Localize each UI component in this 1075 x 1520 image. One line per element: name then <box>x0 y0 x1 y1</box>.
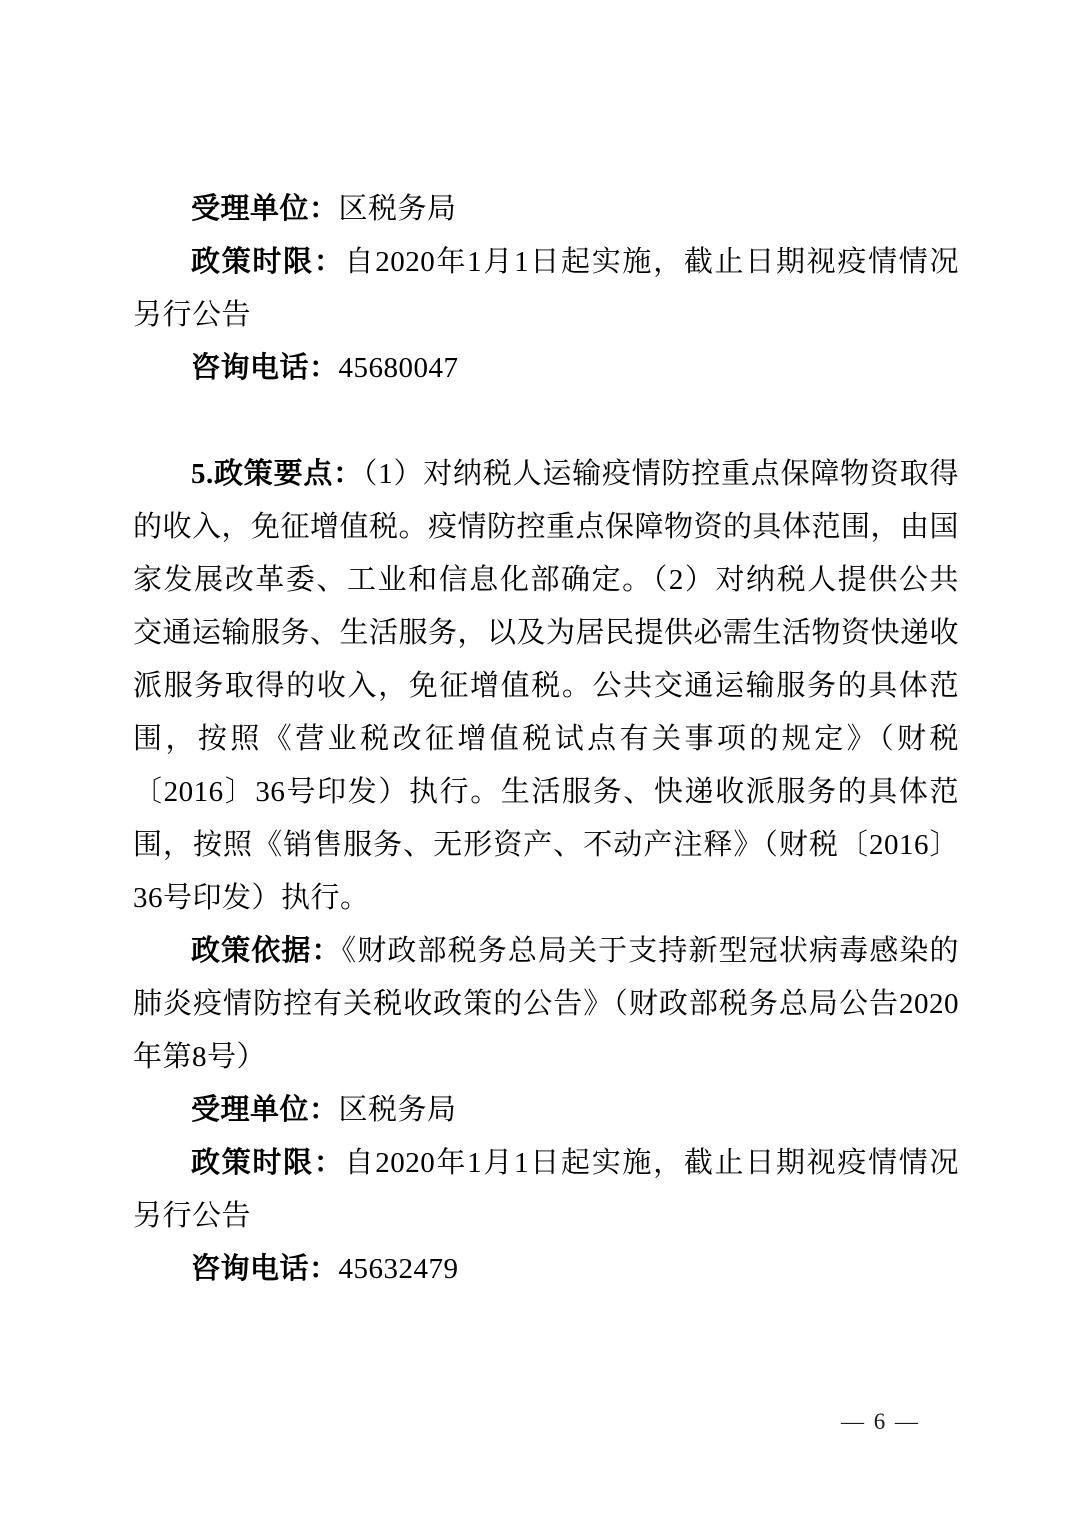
field-label: 政策时限： <box>191 1147 345 1179</box>
paragraph-policy-basis: 政策依据：《财政部税务总局关于支持新型冠状病毒感染的肺炎疫情防控有关税收政策的公… <box>133 925 959 1084</box>
paragraph-policy-point-5: 5.政策要点：（1）对纳税人运输疫情防控重点保障物资取得的收入，免征增值税。疫情… <box>133 448 959 925</box>
paragraph-inquiry-phone-2: 咨询电话：45632479 <box>133 1243 959 1296</box>
paragraph-accepting-unit-2: 受理单位：区税务局 <box>133 1084 959 1137</box>
paragraph-accepting-unit-1: 受理单位：区税务局 <box>133 183 959 236</box>
field-label: 政策时限： <box>191 246 345 278</box>
field-label: 5.政策要点： <box>191 458 363 490</box>
paragraph-inquiry-phone-1: 咨询电话：45680047 <box>133 342 959 395</box>
paragraph-policy-period-2: 政策时限：自2020年1月1日起实施，截止日期视疫情情况另行公告 <box>133 1137 959 1243</box>
document-body: 受理单位：区税务局政策时限：自2020年1月1日起实施，截止日期视疫情情况另行公… <box>133 183 959 1296</box>
field-value: 45632479 <box>339 1253 459 1285</box>
field-label: 咨询电话： <box>191 1253 339 1285</box>
field-value: （1）对纳税人运输疫情防控重点保障物资取得的收入，免征增值税。疫情防控重点保障物… <box>133 458 959 914</box>
paragraph-policy-period-1: 政策时限：自2020年1月1日起实施，截止日期视疫情情况另行公告 <box>133 236 959 342</box>
field-label: 政策依据： <box>191 935 342 967</box>
document-page: 受理单位：区税务局政策时限：自2020年1月1日起实施，截止日期视疫情情况另行公… <box>0 0 1075 1520</box>
field-value: 区税务局 <box>339 193 457 225</box>
page-number: — 6 — <box>841 1408 920 1436</box>
field-label: 受理单位： <box>191 193 339 225</box>
field-value: 区税务局 <box>339 1094 457 1126</box>
field-label: 咨询电话： <box>191 352 339 384</box>
field-value: 45680047 <box>339 352 459 384</box>
field-label: 受理单位： <box>191 1094 339 1126</box>
